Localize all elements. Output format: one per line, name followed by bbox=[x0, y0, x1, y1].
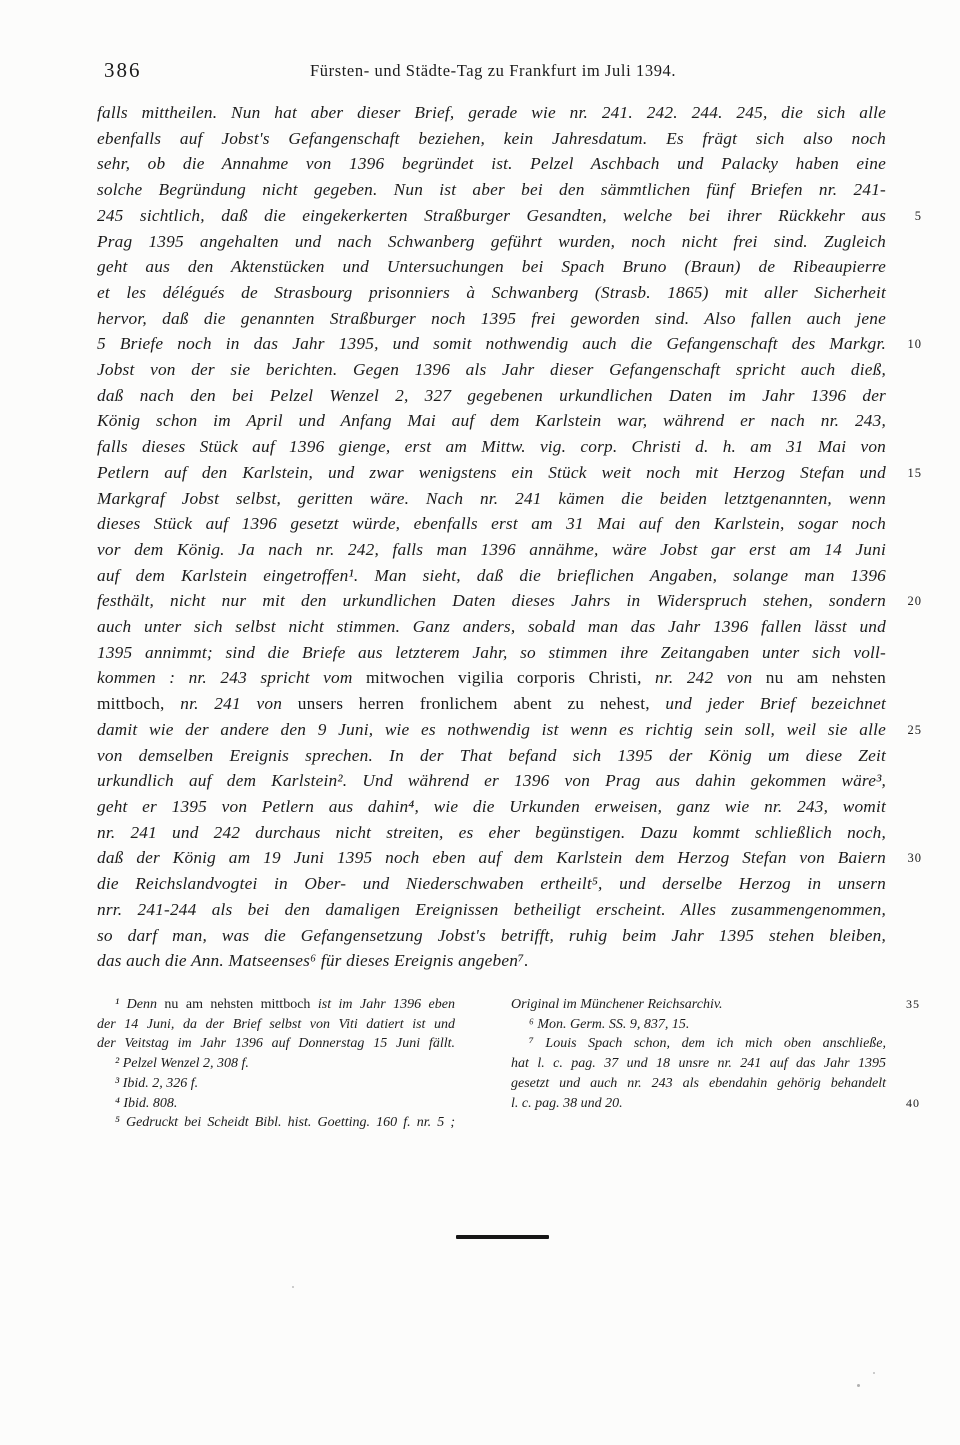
body-text-line: dieses Stück auf 1396 gesetzt würde, ebe… bbox=[97, 511, 886, 537]
margin-line-number: 25 bbox=[908, 718, 923, 744]
margin-line-number: 5 bbox=[915, 204, 922, 230]
text-segment: l. c. pag. 38 und 20. bbox=[511, 1096, 623, 1111]
text-segment: die Reichslandvogtei in Ober- und Nieder… bbox=[97, 874, 886, 893]
text-segment: Markgraf Jobst selbst, geritten wäre. Na… bbox=[97, 489, 886, 508]
body-text-line: die Reichslandvogtei in Ober- und Nieder… bbox=[97, 871, 886, 897]
text-segment: ⁴ Ibid. 808. bbox=[115, 1096, 177, 1111]
body-text-line: Markgraf Jobst selbst, geritten wäre. Na… bbox=[97, 486, 886, 512]
margin-line-number: 35 bbox=[906, 995, 920, 1015]
body-text-line: ebenfalls auf Jobst's Gefangenschaft bez… bbox=[97, 126, 886, 152]
text-segment: 245 sichtlich, daß die eingekerkerten St… bbox=[97, 206, 886, 225]
body-text-line: festhält, nicht nur mit den urkundlichen… bbox=[97, 588, 886, 614]
body-text-line: geht er 1395 von Petlern aus dahin⁴, wie… bbox=[97, 794, 886, 820]
body-text-line: Jobst von der sie berichten. Gegen 1396 … bbox=[97, 357, 886, 383]
body-text-line: nrr. 241-244 als bei den damaligen Ereig… bbox=[97, 897, 886, 923]
footnote-line: ⁷ Louis Spach schon, dem ich mich oben a… bbox=[511, 1034, 886, 1054]
body-text-line: so darf man, was die Gefangensetzung Job… bbox=[97, 923, 886, 949]
text-segment: der 14 Juni, da der Brief selbst von Vit… bbox=[97, 1017, 455, 1032]
text-segment: damit wie der andere den 9 Juni, wie es … bbox=[97, 720, 886, 739]
margin-line-number: 20 bbox=[908, 589, 923, 615]
text-segment: dieses Stück auf 1396 gesetzt würde, ebe… bbox=[97, 514, 886, 533]
body-text-line: falls mittheilen. Nun hat aber dieser Br… bbox=[97, 100, 886, 126]
text-segment: nr. 241 und 242 durchaus nicht streiten,… bbox=[97, 823, 886, 842]
page-number: 386 bbox=[104, 58, 142, 83]
footnote-line: hat l. c. pag. 37 und 18 unsre nr. 241 a… bbox=[511, 1054, 886, 1074]
body-text-line: König schon im April und Anfang Mai auf … bbox=[97, 408, 886, 434]
footnote-line: ³ Ibid. 2, 326 f. bbox=[97, 1074, 455, 1094]
text-segment: auch unter sich selbst nicht stimmen. Ga… bbox=[97, 617, 886, 636]
body-text-line: das auch die Ann. Matseenses⁶ für dieses… bbox=[97, 948, 886, 974]
text-segment: ⁷ Louis Spach schon, dem ich mich oben a… bbox=[529, 1036, 886, 1051]
text-segment: ist im Jahr 1396 eben bbox=[318, 997, 455, 1012]
text-segment: daß der König am 19 Juni 1395 noch eben … bbox=[97, 848, 886, 867]
body-text-line: damit wie der andere den 9 Juni, wie es … bbox=[97, 717, 886, 743]
footnotes-left-column: ¹ Denn nu am nehsten mittboch ist im Jah… bbox=[97, 995, 455, 1133]
footnote-line: der Veitstag im Jahr 1396 auf Donnerstag… bbox=[97, 1034, 455, 1054]
quoted-roman-text: mitwochen vigilia corporis Christi bbox=[366, 668, 637, 687]
text-segment: solche Begründung nicht gegeben. Nun ist… bbox=[97, 180, 886, 199]
body-text-line: daß der König am 19 Juni 1395 noch eben … bbox=[97, 845, 886, 871]
text-segment: ⁵ Gedruckt bei Scheidt Bibl. hist. Goett… bbox=[115, 1115, 455, 1130]
margin-line-number: 40 bbox=[906, 1094, 920, 1114]
text-segment: festhält, nicht nur mit den urkundlichen… bbox=[97, 591, 886, 610]
scan-artifact-speck bbox=[292, 1286, 294, 1288]
text-segment: gesetzt und auch nr. 243 als ebendahin g… bbox=[511, 1076, 886, 1091]
text-segment: Petlern auf den Karlstein, und zwar weni… bbox=[97, 463, 886, 482]
text-segment: urkundlich auf dem Karlstein². Und währe… bbox=[97, 771, 886, 790]
text-segment: falls mittheilen. Nun hat aber dieser Br… bbox=[97, 103, 886, 122]
quoted-roman-text: mittboch, bbox=[97, 694, 165, 713]
margin-line-number: 10 bbox=[908, 332, 923, 358]
body-text-line: solche Begründung nicht gegeben. Nun ist… bbox=[97, 177, 886, 203]
body-text-line: von demselben Ereignis sprechen. In der … bbox=[97, 743, 886, 769]
text-segment: Jobst von der sie berichten. Gegen 1396 … bbox=[97, 360, 886, 379]
text-segment: hat l. c. pag. 37 und 18 unsre nr. 241 a… bbox=[511, 1056, 886, 1071]
body-text-line: Prag 1395 angehalten und nach Schwanberg… bbox=[97, 229, 886, 255]
text-segment: der Veitstag im Jahr 1396 auf Donnerstag… bbox=[97, 1036, 455, 1051]
text-segment: , nr. 242 von bbox=[637, 668, 766, 687]
text-segment: nrr. 241-244 als bei den damaligen Ereig… bbox=[97, 900, 886, 919]
margin-line-number: 15 bbox=[908, 461, 923, 487]
footnotes-section: ¹ Denn nu am nehsten mittboch ist im Jah… bbox=[97, 995, 886, 1133]
text-segment: nr. 241 von bbox=[165, 694, 298, 713]
text-segment: 1395 annimmt; sind die Briefe aus letzte… bbox=[97, 643, 886, 662]
text-segment: sehr, ob die Annahme von 1396 begründet … bbox=[97, 154, 886, 173]
body-text-line: 1395 annimmt; sind die Briefe aus letzte… bbox=[97, 640, 886, 666]
quoted-roman-text: unsers herren fronlichem abent zu nehest… bbox=[298, 694, 650, 713]
text-segment: kommen : nr. 243 spricht vom bbox=[97, 668, 366, 687]
text-segment: Original im Münchener Reichsarchiv. bbox=[511, 997, 723, 1012]
text-segment: ⁶ Mon. Germ. SS. 9, 837, 15. bbox=[529, 1017, 689, 1032]
footnote-line: ² Pelzel Wenzel 2, 308 f. bbox=[97, 1054, 455, 1074]
body-text-line: hervor, daß die genannten Straßburger no… bbox=[97, 306, 886, 332]
text-segment: geht aus den Aktenstücken und Untersuchu… bbox=[97, 257, 886, 276]
body-text-line: mittboch, nr. 241 von unsers herren fron… bbox=[97, 691, 886, 717]
text-segment: ¹ Denn bbox=[115, 997, 164, 1012]
body-text-line: kommen : nr. 243 spricht vom mitwochen v… bbox=[97, 665, 886, 691]
body-text-line: urkundlich auf dem Karlstein². Und währe… bbox=[97, 768, 886, 794]
text-segment: von demselben Ereignis sprechen. In der … bbox=[97, 746, 886, 765]
text-segment: Prag 1395 angehalten und nach Schwanberg… bbox=[97, 232, 886, 251]
body-text-line: 245 sichtlich, daß die eingekerkerten St… bbox=[97, 203, 886, 229]
body-text-line: auf dem Karlstein eingetroffen¹. Man sie… bbox=[97, 563, 886, 589]
text-segment: vor dem König. Ja nach nr. 242, falls ma… bbox=[97, 540, 886, 559]
body-text-line: falls dieses Stück auf 1396 gienge, erst… bbox=[97, 434, 886, 460]
text-segment: falls dieses Stück auf 1396 gienge, erst… bbox=[97, 437, 886, 456]
text-segment: König schon im April und Anfang Mai auf … bbox=[97, 411, 886, 430]
text-segment: geht er 1395 von Petlern aus dahin⁴, wie… bbox=[97, 797, 886, 816]
scan-artifact-speck bbox=[873, 1372, 875, 1374]
running-title: Fürsten- und Städte-Tag zu Frankfurt im … bbox=[310, 61, 676, 81]
text-segment: ebenfalls auf Jobst's Gefangenschaft bez… bbox=[97, 129, 886, 148]
quoted-roman-text: nu am nehsten mittboch bbox=[164, 997, 317, 1012]
scanned-book-page: 386 Fürsten- und Städte-Tag zu Frankfurt… bbox=[0, 0, 960, 1445]
footnote-line: gesetzt und auch nr. 243 als ebendahin g… bbox=[511, 1074, 886, 1094]
footnote-line: ¹ Denn nu am nehsten mittboch ist im Jah… bbox=[97, 995, 455, 1015]
footnote-line: der 14 Juni, da der Brief selbst von Vit… bbox=[97, 1015, 455, 1035]
footnote-line: ⁴ Ibid. 808. bbox=[97, 1094, 455, 1114]
text-segment: 5 Briefe noch in das Jahr 1395, und somi… bbox=[97, 334, 886, 353]
text-segment: et les délégués de Strasbourg prisonnier… bbox=[97, 283, 886, 302]
body-text-line: et les délégués de Strasbourg prisonnier… bbox=[97, 280, 886, 306]
footnote-line: ⁶ Mon. Germ. SS. 9, 837, 15. bbox=[511, 1015, 886, 1035]
body-text-line: auch unter sich selbst nicht stimmen. Ga… bbox=[97, 614, 886, 640]
body-text: falls mittheilen. Nun hat aber dieser Br… bbox=[97, 100, 886, 974]
footnote-line: l. c. pag. 38 und 20.40 bbox=[511, 1094, 886, 1114]
text-segment: auf dem Karlstein eingetroffen¹. Man sie… bbox=[97, 566, 886, 585]
body-text-line: vor dem König. Ja nach nr. 242, falls ma… bbox=[97, 537, 886, 563]
body-text-line: Petlern auf den Karlstein, und zwar weni… bbox=[97, 460, 886, 486]
body-text-line: geht aus den Aktenstücken und Untersuchu… bbox=[97, 254, 886, 280]
text-segment: und jeder Brief bezeichnet bbox=[650, 694, 886, 713]
footnote-line: ⁵ Gedruckt bei Scheidt Bibl. hist. Goett… bbox=[97, 1113, 455, 1133]
margin-line-number: 30 bbox=[908, 846, 923, 872]
footnote-line: Original im Münchener Reichsarchiv.35 bbox=[511, 995, 886, 1015]
body-text-line: daß nach den bei Pelzel Wenzel 2, 327 ge… bbox=[97, 383, 886, 409]
text-segment: ² Pelzel Wenzel 2, 308 f. bbox=[115, 1056, 249, 1071]
quoted-roman-text: nu am nehsten bbox=[766, 668, 886, 687]
text-segment: ³ Ibid. 2, 326 f. bbox=[115, 1076, 198, 1091]
body-text-line: sehr, ob die Annahme von 1396 begründet … bbox=[97, 151, 886, 177]
text-segment: so darf man, was die Gefangensetzung Job… bbox=[97, 926, 886, 945]
body-text-line: 5 Briefe noch in das Jahr 1395, und somi… bbox=[97, 331, 886, 357]
scan-artifact-speck bbox=[857, 1384, 860, 1387]
text-segment: daß nach den bei Pelzel Wenzel 2, 327 ge… bbox=[97, 386, 886, 405]
footnotes-right-column: Original im Münchener Reichsarchiv.35⁶ M… bbox=[511, 995, 886, 1133]
text-segment: hervor, daß die genannten Straßburger no… bbox=[97, 309, 886, 328]
text-segment: das auch die Ann. Matseenses⁶ für dieses… bbox=[97, 951, 529, 970]
body-text-line: nr. 241 und 242 durchaus nicht streiten,… bbox=[97, 820, 886, 846]
section-separator-rule bbox=[456, 1235, 549, 1239]
